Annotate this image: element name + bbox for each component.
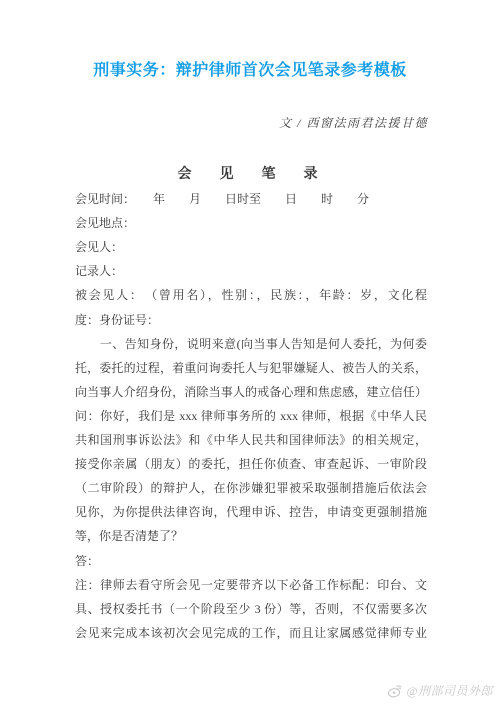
record-paragraph-line: 一、告知身份，说明来意(向当事人告知是何人委托，为何委 <box>75 332 427 356</box>
record-body: 会 见 笔 录 会见时间： 年 月 日时至 日 时 分 会见地点： 会见人： 记… <box>75 163 427 645</box>
record-line-id-number: 度：身份证号： <box>75 308 427 332</box>
byline: 文 / 西窗法雨君法援甘德 <box>279 114 428 131</box>
record-paragraph-line: 问：你好，我们是 xxx 律师事务所的 xxx 律师，根据《中华人民 <box>75 404 427 428</box>
record-paragraph-line: 共和国刑事诉讼法》和《中华人民共和国律师法》的相关规定， <box>75 428 427 452</box>
record-note-line: 注：律师去看守所会见一定要带齐以下必备工作标配：印台、文 <box>75 573 427 597</box>
record-line-interviewee: 被会见人： （曾用名），性别：，民族：，年龄：岁，文化程 <box>75 283 427 307</box>
watermark: @刑部司员外郎 <box>387 682 493 699</box>
record-line-meeting-time: 会见时间： 年 月 日时至 日 时 分 <box>75 187 427 211</box>
record-answer-line: 答： <box>75 549 427 573</box>
record-note-line: 会见来完成本该初次会见完成的工作，而且让家属感觉律师专业 <box>75 621 427 645</box>
record-paragraph-line: 托，委托的过程，着重问询委托人与犯罪嫌疑人、被告人的关系， <box>75 356 427 380</box>
record-paragraph-line: 向当事人介绍身份，消除当事人的戒备心理和焦虑感，建立信任） <box>75 380 427 404</box>
record-line-meeting-place: 会见地点： <box>75 211 427 235</box>
doc-title: 刑事实务：辩护律师首次会见笔录参考模板 <box>0 57 500 80</box>
record-paragraph-line: 见你，为你提供法律咨询，代理申诉、控告，申请变更强制措施 <box>75 500 427 524</box>
record-line-interviewer: 会见人： <box>75 235 427 259</box>
record-paragraph-line: 接受你亲属（朋友）的委托，担任你侦查、审查起诉、一审阶段 <box>75 452 427 476</box>
weibo-logo-icon <box>387 682 405 698</box>
record-paragraph-line: （二审阶段）的辩护人，在你涉嫌犯罪被采取强制措施后依法会 <box>75 476 427 500</box>
record-heading: 会 见 笔 录 <box>75 163 427 187</box>
watermark-handle: @刑部司员外郎 <box>406 682 493 699</box>
page: 刑事实务：辩护律师首次会见笔录参考模板 文 / 西窗法雨君法援甘德 会 见 笔 … <box>0 0 500 707</box>
record-note-line: 具、授权委托书（一个阶段至少 3 份）等，否则，不仅需要多次 <box>75 597 427 621</box>
record-line-recorder: 记录人： <box>75 259 427 283</box>
record-paragraph-line: 等，你是否清楚了？ <box>75 524 427 548</box>
